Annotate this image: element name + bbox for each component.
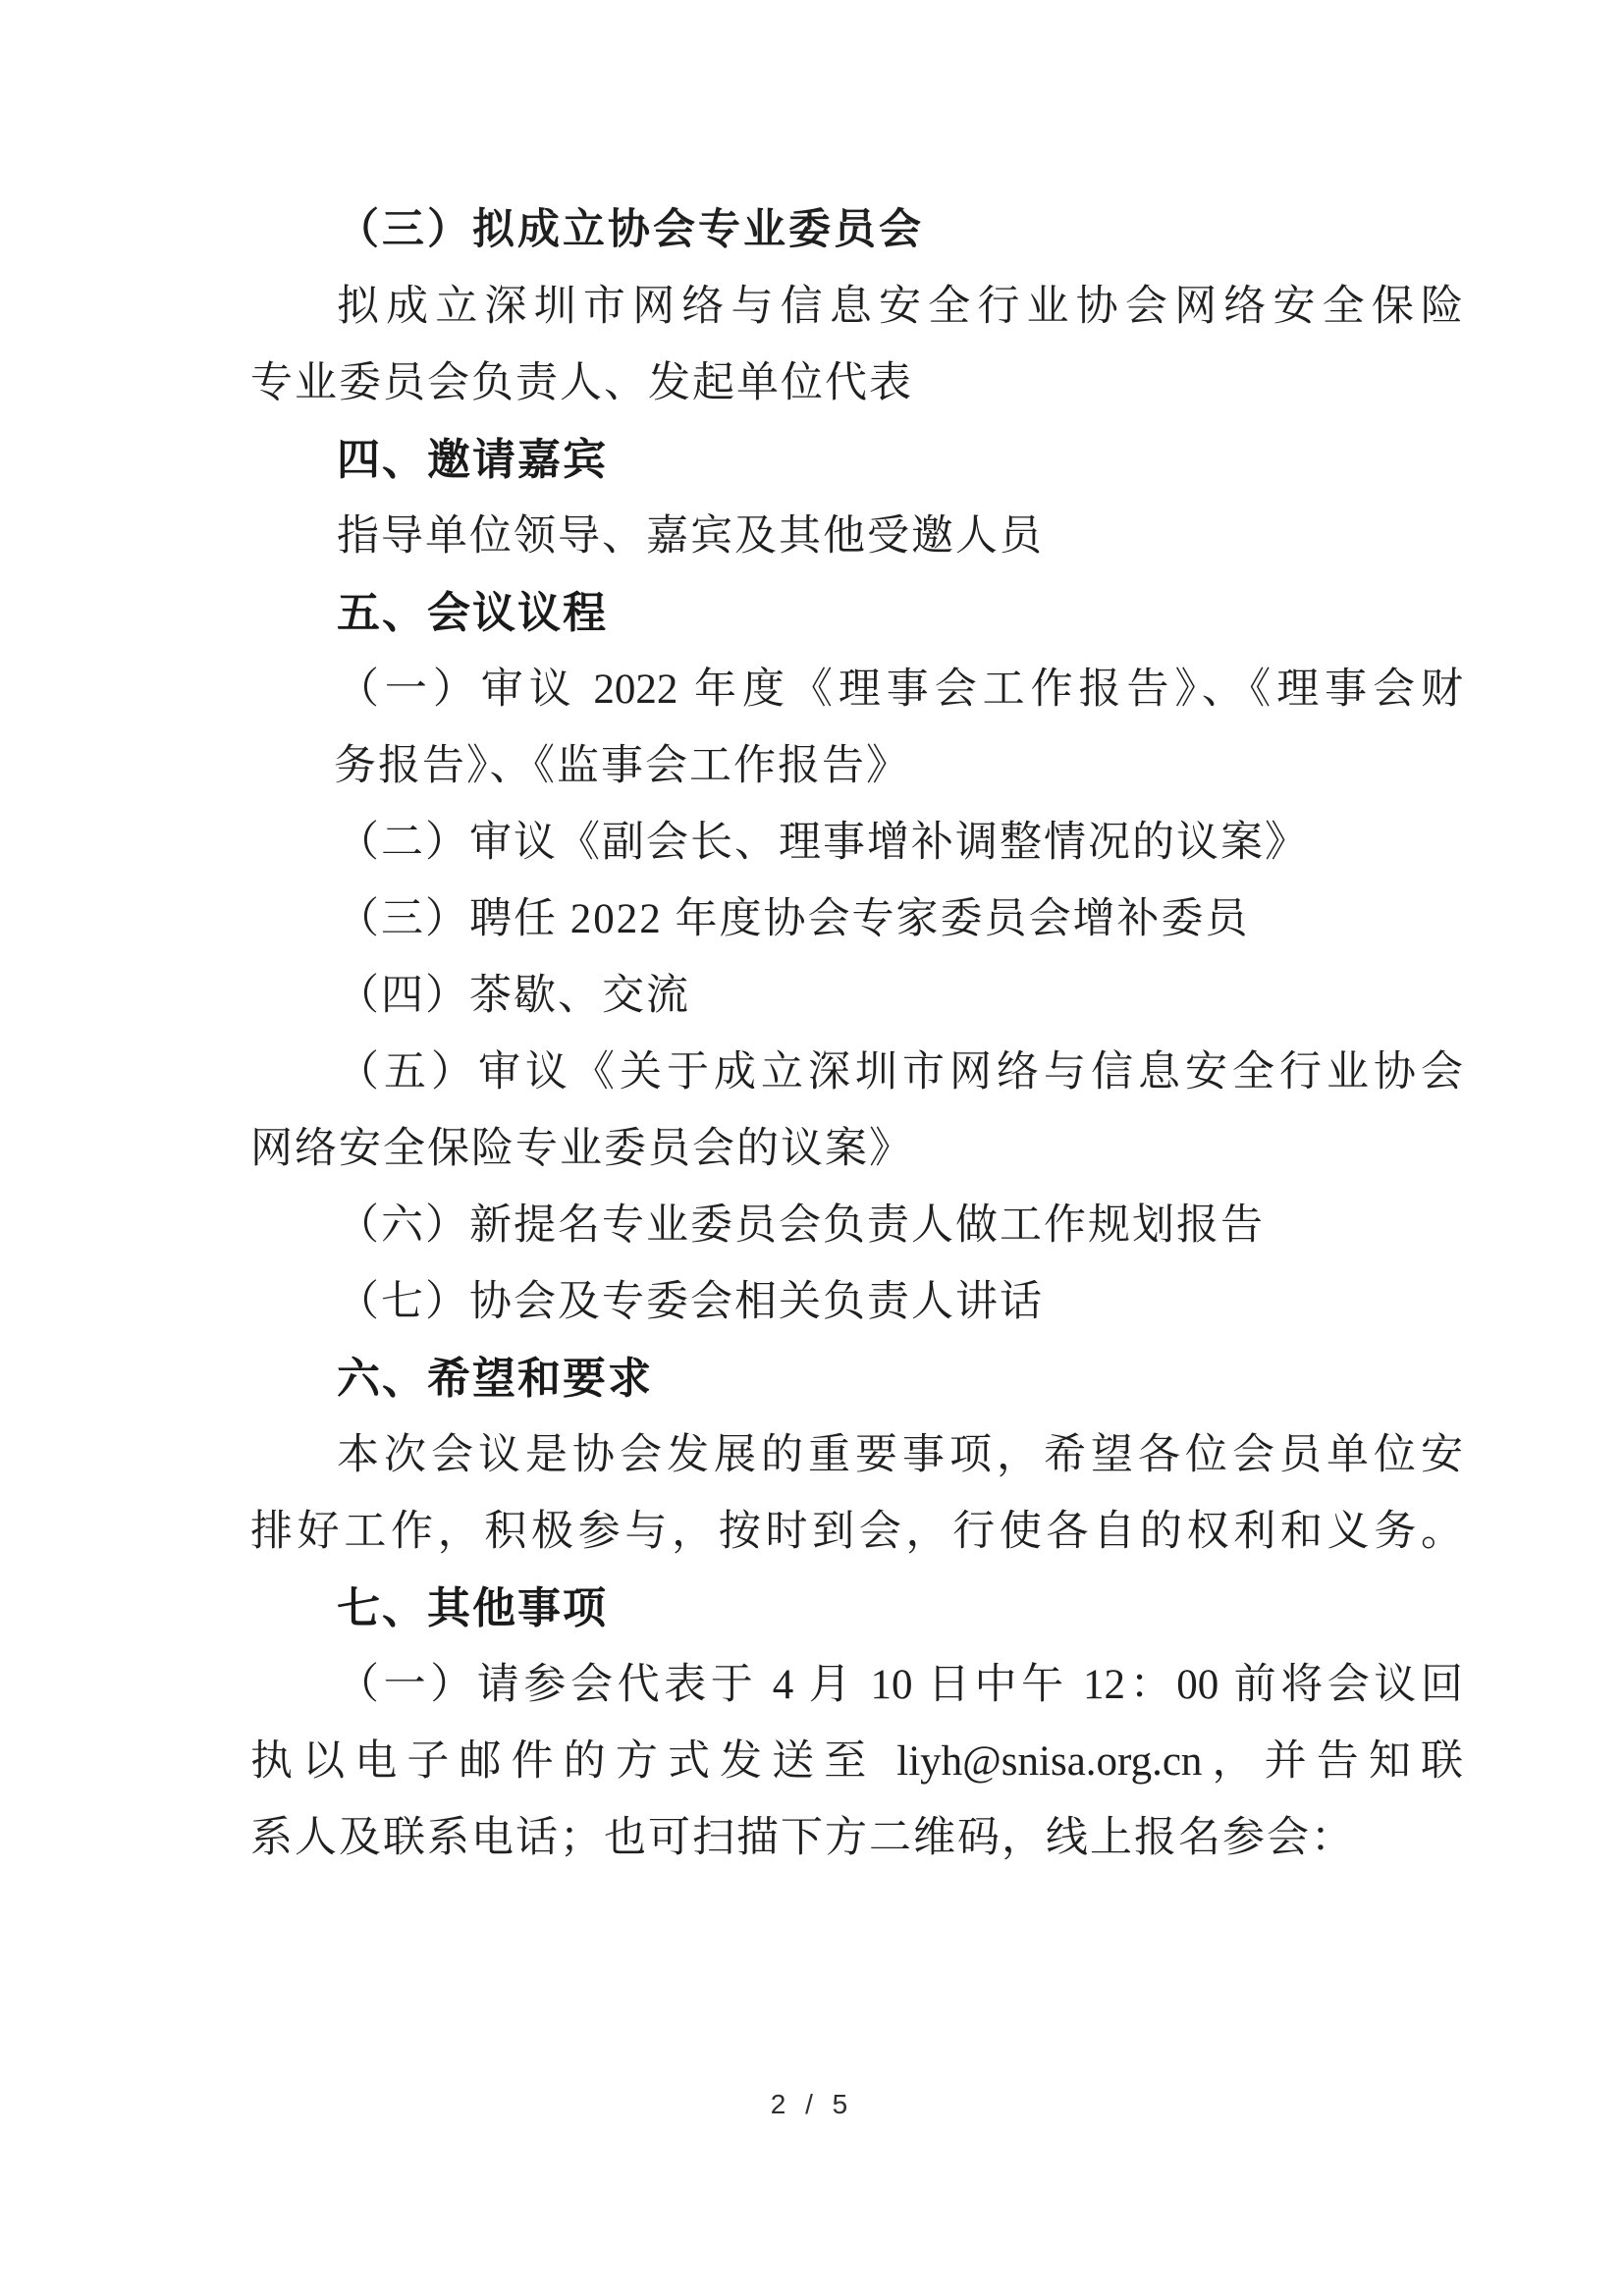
body-line: （一）请参会代表于 4 月 10 日中午 12：00 前将会议回 — [250, 1647, 1463, 1724]
body-line: 专业委员会负责人、发起单位代表 — [250, 346, 1463, 422]
section-heading: 七、其他事项 — [250, 1571, 1463, 1647]
document-page: （三）拟成立协会专业委员会 拟成立深圳市网络与信息安全行业协会网络安全保险 专业… — [0, 0, 1624, 2296]
body-line: 指导单位领导、嘉宾及其他受邀人员 — [250, 499, 1463, 575]
document-body: （三）拟成立协会专业委员会 拟成立深圳市网络与信息安全行业协会网络安全保险 专业… — [250, 192, 1463, 1877]
subheading-line: （三）拟成立协会专业委员会 — [250, 192, 1463, 269]
body-line: 执以电子邮件的方式发送至 liyh@snisa.org.cn，并告知联 — [250, 1724, 1463, 1800]
body-line: （二）审议《副会长、理事增补调整情况的议案》 — [250, 805, 1463, 881]
body-line: （四）茶歇、交流 — [250, 958, 1463, 1035]
page-number: 2 / 5 — [0, 2089, 1624, 2120]
section-heading: 六、希望和要求 — [250, 1341, 1463, 1417]
body-line: （六）新提名专业委员会负责人做工作规划报告 — [250, 1188, 1463, 1264]
section-heading: 五、会议议程 — [250, 575, 1463, 652]
body-line: 网络安全保险专业委员会的议案》 — [250, 1111, 1463, 1188]
body-line: 务报告》、《监事会工作报告》 — [250, 728, 1463, 805]
body-line: 系人及联系电话；也可扫描下方二维码，线上报名参会： — [250, 1800, 1463, 1877]
body-line: 本次会议是协会发展的重要事项，希望各位会员单位安 — [250, 1417, 1463, 1494]
section-heading: 四、邀请嘉宾 — [250, 422, 1463, 499]
body-line: 排好工作，积极参与，按时到会，行使各自的权利和义务。 — [250, 1494, 1463, 1571]
body-line: （一）审议 2022 年度《理事会工作报告》、《理事会财 — [250, 652, 1463, 728]
body-line: 拟成立深圳市网络与信息安全行业协会网络安全保险 — [250, 269, 1463, 346]
body-line: （三）聘任 2022 年度协会专家委员会增补委员 — [250, 881, 1463, 958]
body-line: （七）协会及专委会相关负责人讲话 — [250, 1264, 1463, 1341]
body-line: （五）审议《关于成立深圳市网络与信息安全行业协会 — [250, 1035, 1463, 1111]
